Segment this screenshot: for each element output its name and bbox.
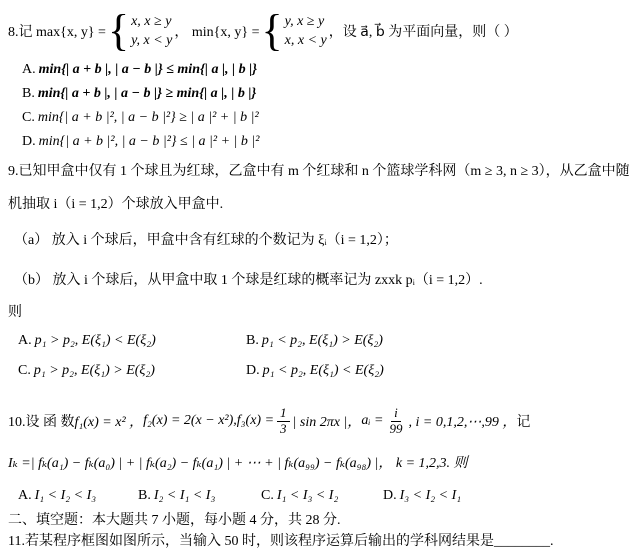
q9-stem-line2: 机抽取 i（i = 1,2）个球放入甲盒中.: [8, 195, 632, 215]
q8-piecewise-min: { y, x ≥ y x, x < y: [262, 12, 327, 50]
q9-item-a: （a） 放入 i 个球后，甲盒中含有红球的个数记为 ξᵢ（i = 1,2）；: [14, 231, 632, 251]
q8-stem-suffix: ，设 a⃗, b⃗ 为平面向量，则（ ）: [329, 21, 518, 41]
q10-option-b-expr: I₂ < I₁ < I₃: [154, 488, 215, 503]
q10-stem: 10.设 函 数 f₁(x) = x² ， f₂(x) = 2(x − x²),…: [8, 395, 632, 447]
fraction-numerator: 1: [277, 406, 290, 422]
q8-piecewise-max: { x, x ≥ y y, x < y: [108, 12, 172, 50]
exam-page: 8.记 max{x, y} = { x, x ≥ y y, x < y ， mi…: [0, 0, 636, 557]
q9-option-c-label: C.: [18, 363, 31, 378]
q9-option-d-expr: p₁ < p₂, E(ξ₁) < E(ξ₂): [263, 363, 384, 378]
q10-f3-rhs: | sin 2πx |，: [293, 411, 362, 431]
fraction-denominator: 99: [386, 422, 405, 437]
q10-option-c-label: C.: [261, 488, 274, 503]
q11-answer-blank: ________: [494, 534, 550, 549]
q9-options: A.p₁ > p₂, E(ξ₁) < E(ξ₂) B.p₁ < p₂, E(ξ₁…: [18, 329, 632, 383]
q11-period: .: [550, 534, 554, 549]
q8-max-case-bottom: y, x < y: [131, 31, 172, 50]
q10-option-b: B.I₂ < I₁ < I₃: [138, 485, 261, 507]
q9-option-a-label: A.: [18, 333, 32, 348]
q9-stem-line1: 9.已知甲盒中仅有 1 个球且为红球，乙盒中有 m 个红球和 n 个篮球学科网（…: [8, 162, 632, 182]
q8-max-case-top: x, x ≥ y: [131, 12, 172, 31]
q9-option-b: B.p₁ < p₂, E(ξ₁) > E(ξ₂): [246, 329, 632, 353]
q8-option-b: B.min{| a + b |, | a − b |} ≥ min{| a |,…: [22, 82, 632, 106]
q8-stem: 8.记 max{x, y} = { x, x ≥ y y, x < y ， mi…: [8, 6, 632, 56]
q10-f2: f₂(x) = 2(x − x²),: [143, 413, 237, 429]
q8-option-d-label: D.: [22, 134, 36, 149]
q9-option-b-expr: p₁ < p₂, E(ξ₁) > E(ξ₂): [262, 333, 383, 348]
q8-options: A.min{| a + b |, | a − b |} ≤ min{| a |,…: [22, 58, 632, 154]
q9-then: 则: [8, 303, 632, 323]
q10-a-lhs: aᵢ =: [361, 413, 383, 429]
q9-option-a-expr: p₁ > p₂, E(ξ₁) < E(ξ₂): [35, 333, 156, 348]
q9-option-b-label: B.: [246, 333, 259, 348]
q8-option-a-label: A.: [22, 62, 36, 77]
q8-option-a-expr: min{| a + b |, | a − b |} ≤ min{| a |, |…: [39, 62, 257, 77]
q9-option-c: C.p₁ > p₂, E(ξ₁) > E(ξ₂): [18, 359, 246, 383]
q10-stem-prefix: 10.设 函 数: [8, 411, 75, 431]
q10-stem-tail: 记: [516, 411, 530, 431]
q8-option-d-expr: min{| a + b |², | a − b |²} ≤ | a |² + |…: [39, 134, 260, 149]
q10-option-d-label: D.: [383, 488, 397, 503]
q9-option-c-expr: p₁ > p₂, E(ξ₁) > E(ξ₂): [34, 363, 155, 378]
q9-option-a: A.p₁ > p₂, E(ξ₁) < E(ξ₂): [18, 329, 246, 353]
q10-f1: f₁(x) = x² ，: [75, 411, 144, 431]
section2-heading: 二、填空题：本大题共 7 小题，每小题 4 分，共 28 分.: [8, 511, 632, 531]
q8-option-b-expr: min{| a + b |, | a − b |} ≥ min{| a |, |…: [38, 86, 256, 101]
q8-min-case-top: y, x ≥ y: [285, 12, 327, 31]
q10-option-a: A.I₁ < I₂ < I₃: [18, 485, 138, 507]
q8-option-d: D.min{| a + b |², | a − b |²} ≤ | a |² +…: [22, 130, 632, 154]
fraction-one-third: 1 3: [277, 406, 290, 437]
q10-a-rhs: , i = 0,1,2,⋯,99 ，: [408, 411, 516, 431]
q10-ik-tail: k = 1,2,3. 则: [396, 456, 468, 471]
q9-option-d-label: D.: [246, 363, 260, 378]
fraction-numerator: i: [391, 406, 401, 422]
fraction-i-over-99: i 99: [386, 406, 405, 437]
q8-min-case-bottom: x, x < y: [285, 31, 327, 50]
q10-option-d: D.I₃ < I₂ < I₁: [383, 485, 632, 507]
q8-option-c-label: C.: [22, 110, 35, 125]
q10-option-d-expr: I₃ < I₂ < I₁: [400, 488, 461, 503]
q10-option-b-label: B.: [138, 488, 151, 503]
q8-option-c: C.min{| a + b |², | a − b |²} ≥ | a |² +…: [22, 106, 632, 130]
q10-option-c-expr: I₁ < I₃ < I₂: [277, 488, 338, 503]
q9-option-d: D.p₁ < p₂, E(ξ₁) < E(ξ₂): [246, 359, 632, 383]
q8-option-c-expr: min{| a + b |², | a − b |²} ≥ | a |² + |…: [38, 110, 259, 125]
q8-option-a: A.min{| a + b |, | a − b |} ≤ min{| a |,…: [22, 58, 632, 82]
q10-option-c: C.I₁ < I₃ < I₂: [261, 485, 383, 507]
q11-stem: 11.若某程序框图如图所示，当输入 50 时，则该程序运算后输出的学科网结果是_…: [8, 531, 632, 553]
fraction-denominator: 3: [277, 422, 290, 437]
q9-item-b: （b） 放入 i 个球后，从甲盒中取 1 个球是红球的概率记为 zxxk pᵢ（…: [14, 271, 632, 291]
q8-stem-mid: ， min{x, y} =: [174, 21, 259, 41]
left-brace-icon: {: [262, 12, 283, 49]
q10-option-a-label: A.: [18, 488, 32, 503]
q10-ik-line: Iₖ =| fₖ(a₁) − fₖ(a₀) | + | fₖ(a₂) − fₖ(…: [8, 453, 632, 475]
q8-option-b-label: B.: [22, 86, 35, 101]
q11-text: 11.若某程序框图如图所示，当输入 50 时，则该程序运算后输出的学科网结果是: [8, 534, 494, 549]
q10-options: A.I₁ < I₂ < I₃ B.I₂ < I₁ < I₃ C.I₁ < I₃ …: [18, 485, 632, 507]
q10-option-a-expr: I₁ < I₂ < I₃: [35, 488, 96, 503]
q8-stem-prefix: 8.记 max{x, y} =: [8, 21, 106, 41]
q10-ik-math: Iₖ =| fₖ(a₁) − fₖ(a₀) | + | fₖ(a₂) − fₖ(…: [8, 456, 392, 471]
q10-f3-lhs: f₃(x) =: [237, 413, 274, 429]
left-brace-icon: {: [108, 12, 129, 49]
